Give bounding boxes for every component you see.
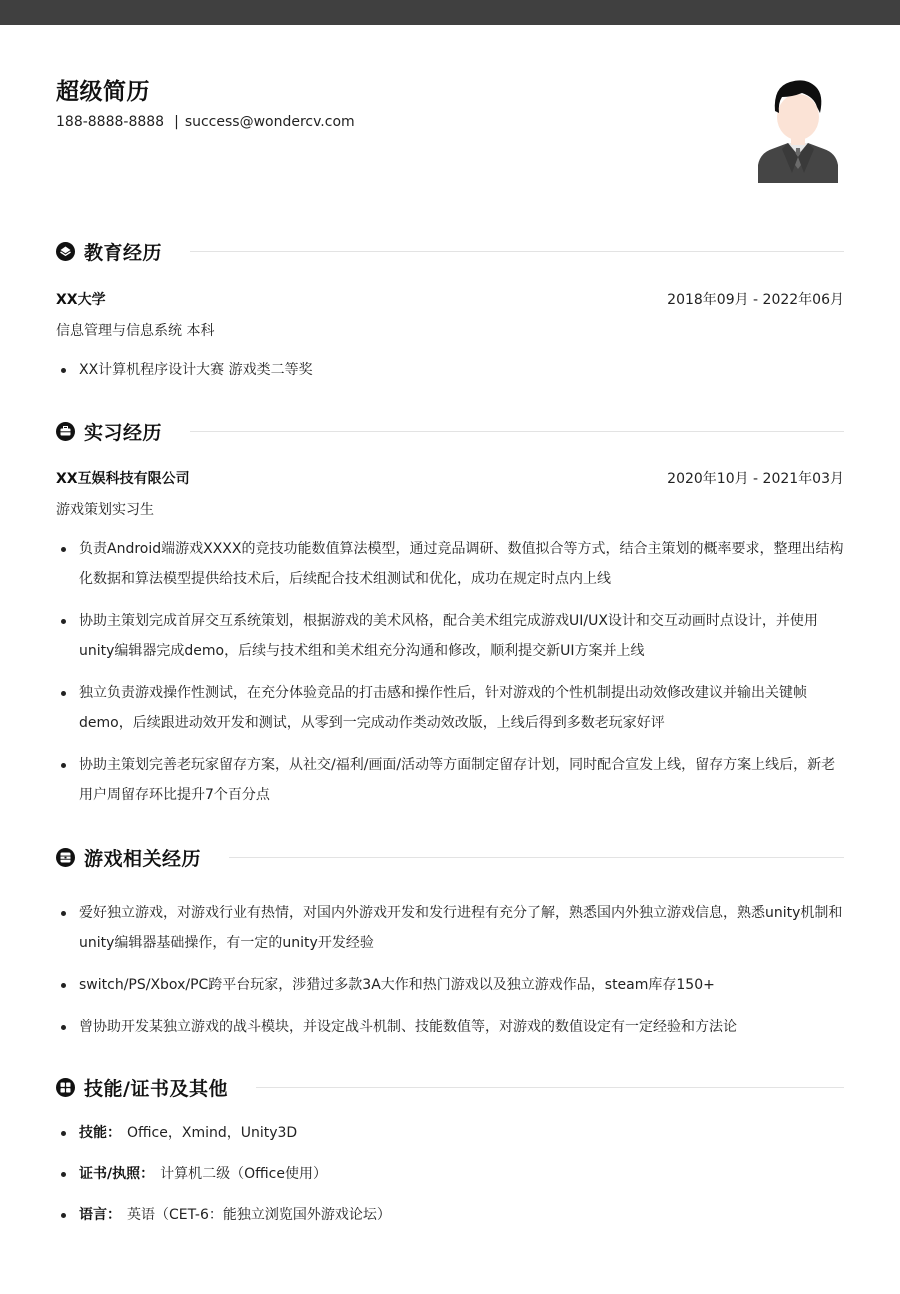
certificate-label: 证书/执照： bbox=[79, 1166, 154, 1182]
list-item: 爱好独立游戏，对游戏行业有热情，对国内外游戏开发和发行进程有充分了解，熟悉国内外… bbox=[56, 898, 844, 958]
contact-separator: | bbox=[174, 114, 179, 130]
contact-line: 188-8888-8888|success@wondercv.com bbox=[56, 114, 355, 130]
education-bullets: XX计算机程序设计大赛 游戏类二等奖 bbox=[56, 355, 844, 385]
top-bar bbox=[0, 0, 900, 25]
language-item: 语言：英语（CET-6：能独立浏览国外游戏论坛） bbox=[56, 1200, 844, 1230]
game-bullets: 爱好独立游戏，对游戏行业有热情，对国内外游戏开发和发行进程有充分了解，熟悉国内外… bbox=[56, 898, 844, 1042]
section-divider bbox=[256, 1087, 844, 1088]
certificate-item: 证书/执照：计算机二级（Office使用） bbox=[56, 1159, 844, 1189]
section-title: 教育经历 bbox=[84, 238, 162, 265]
list-item: 协助主策划完成首屏交互系统策划，根据游戏的美术风格，配合美术组完成游戏UI/UX… bbox=[56, 606, 844, 666]
list-item: 协助主策划完善老玩家留存方案，从社交/福利/画面/活动等方面制定留存计划，同时配… bbox=[56, 750, 844, 810]
section-title: 实习经历 bbox=[84, 418, 162, 445]
section-divider bbox=[190, 251, 844, 252]
section-game-experience: 游戏相关经历 bbox=[56, 842, 844, 872]
language-label: 语言： bbox=[79, 1207, 121, 1223]
internship-bullets: 负责Android端游戏XXXX的竞技功能数值算法模型，通过竞品调研、数值拟合等… bbox=[56, 534, 844, 810]
section-skills: 技能/证书及其他 bbox=[56, 1072, 844, 1102]
major-degree: 信息管理与信息系统 本科 bbox=[56, 320, 844, 340]
resume-page: 超级简历 188-8888-8888|success@wondercv.com … bbox=[56, 25, 844, 200]
language-value: 英语（CET-6：能独立浏览国外游戏论坛） bbox=[127, 1207, 391, 1223]
skills-list: 技能：Office，Xmind，Unity3D 证书/执照：计算机二级（Offi… bbox=[56, 1118, 844, 1230]
email: success@wondercv.com bbox=[185, 114, 355, 130]
list-item: 负责Android端游戏XXXX的竞技功能数值算法模型，通过竞品调研、数值拟合等… bbox=[56, 534, 844, 594]
section-divider bbox=[229, 857, 844, 858]
grid-icon bbox=[56, 1078, 75, 1097]
list-item: 独立负责游戏操作性测试，在充分体验竞品的打击感和操作性后，针对游戏的个性机制提出… bbox=[56, 678, 844, 738]
section-education: 教育经历 bbox=[56, 236, 844, 266]
skill-item: 技能：Office，Xmind，Unity3D bbox=[56, 1118, 844, 1148]
briefcase-icon bbox=[56, 422, 75, 441]
list-item: switch/PS/Xbox/PC跨平台玩家，涉猎过多款3A大作和热门游戏以及独… bbox=[56, 970, 844, 1000]
skill-label: 技能： bbox=[79, 1125, 121, 1141]
list-item: XX计算机程序设计大赛 游戏类二等奖 bbox=[56, 355, 844, 385]
section-title: 游戏相关经历 bbox=[84, 844, 201, 871]
archive-icon bbox=[56, 848, 75, 867]
candidate-name: 超级简历 bbox=[56, 73, 150, 106]
layers-icon bbox=[56, 242, 75, 261]
section-title: 技能/证书及其他 bbox=[84, 1074, 228, 1101]
education-date: 2018年09月 - 2022年06月 bbox=[667, 289, 844, 309]
internship-date: 2020年10月 - 2021年03月 bbox=[667, 468, 844, 488]
list-item: 曾协助开发某独立游戏的战斗模块，并设定战斗机制、技能数值等，对游戏的数值设定有一… bbox=[56, 1012, 844, 1042]
avatar-businessman-icon bbox=[758, 73, 838, 183]
job-role: 游戏策划实习生 bbox=[56, 499, 844, 519]
phone: 188-8888-8888 bbox=[56, 114, 164, 130]
certificate-value: 计算机二级（Office使用） bbox=[160, 1166, 327, 1182]
resume-header: 超级简历 188-8888-8888|success@wondercv.com bbox=[56, 25, 844, 200]
section-divider bbox=[190, 431, 844, 432]
skill-value: Office，Xmind，Unity3D bbox=[127, 1125, 297, 1141]
section-internship: 实习经历 bbox=[56, 416, 844, 446]
